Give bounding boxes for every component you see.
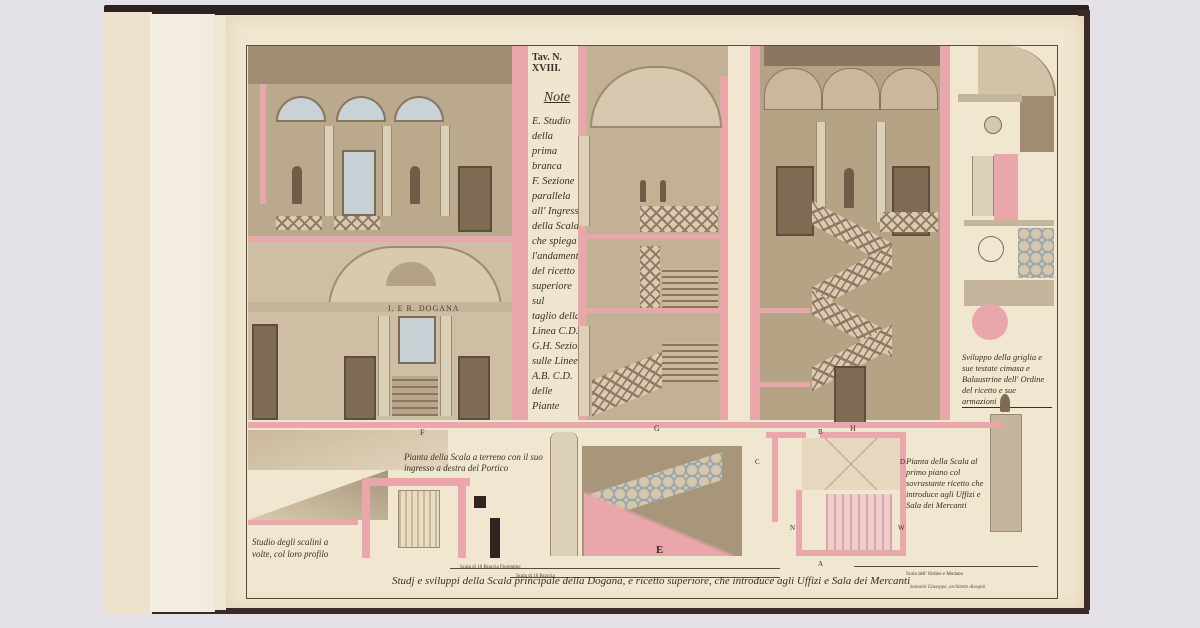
balustrade — [276, 216, 322, 230]
column — [578, 136, 590, 226]
label-n: N — [790, 524, 795, 532]
vault — [822, 68, 880, 110]
arched-window — [336, 96, 386, 122]
wall — [362, 478, 470, 486]
gutter — [214, 16, 226, 610]
stair-plan — [398, 490, 440, 548]
rosette — [984, 116, 1002, 134]
column — [440, 316, 452, 416]
step-cut — [248, 520, 358, 525]
pedestal — [990, 414, 1022, 532]
column — [550, 432, 578, 556]
wall — [772, 432, 778, 522]
staircase-steps — [392, 376, 438, 416]
wall-cut — [260, 84, 266, 204]
ground-line-cut — [248, 422, 1002, 428]
arched-window — [394, 96, 444, 122]
label-h: H — [850, 424, 856, 433]
plate-title: Studj e sviluppi della Scala principale … — [392, 575, 892, 587]
stair-study-e: E — [546, 432, 746, 560]
notes-panel: Tav. N. XVIII. Note E. Studio della prim… — [520, 46, 586, 420]
ceiling-band — [248, 46, 512, 84]
statue-niche — [844, 168, 854, 208]
label-a: A — [818, 560, 823, 568]
scale-bar-3 — [854, 566, 1038, 567]
cornice — [958, 94, 1022, 102]
ground-floor-plan — [362, 478, 502, 562]
balustrade — [880, 212, 938, 232]
lunette-fresco — [590, 66, 722, 128]
arch-detail — [978, 46, 1056, 96]
label-c: C — [755, 458, 760, 466]
book-binding-top — [104, 5, 1089, 15]
label-d: D — [900, 458, 905, 466]
door — [776, 166, 814, 236]
door — [344, 356, 376, 420]
wall-cut — [940, 46, 950, 420]
section-g — [578, 46, 728, 420]
pier-cut — [994, 154, 1018, 224]
staircase-steps — [662, 342, 718, 382]
statue — [640, 180, 646, 202]
detail-order — [958, 46, 1054, 346]
balustrade — [640, 246, 660, 308]
footnote: Somaini Giuseppe, architetto disegnò — [910, 582, 985, 594]
floor-cut — [586, 234, 720, 239]
statue — [660, 180, 666, 202]
folded-page-flap-2 — [200, 14, 215, 612]
balustrade — [640, 206, 718, 232]
caption-steps-study: Studio degli scalini a volte, col loro p… — [252, 536, 340, 560]
label-b: B — [818, 428, 823, 436]
section-h — [750, 46, 950, 420]
vault — [880, 68, 938, 110]
column — [578, 326, 590, 416]
scale-label-3: Scala dell' Ordine e Modano — [906, 569, 963, 581]
entablature — [1020, 96, 1054, 152]
arched-window — [276, 96, 326, 122]
wall-cut — [750, 46, 760, 420]
column-section — [972, 304, 1008, 340]
pier — [474, 496, 486, 508]
wall — [796, 490, 802, 556]
window — [342, 150, 376, 216]
inscription: I. E R. DOGANA — [388, 303, 460, 315]
plinth — [964, 280, 1054, 306]
statue-niche — [410, 166, 420, 204]
left-page-edge — [104, 12, 152, 614]
floor-cut — [760, 308, 810, 313]
balustrade — [334, 216, 380, 230]
wall — [458, 478, 466, 558]
window — [398, 316, 436, 364]
column — [324, 126, 334, 216]
label-g: G — [654, 424, 660, 433]
railing-grille — [1018, 228, 1054, 278]
balustrade-rail — [964, 220, 1054, 226]
column — [440, 126, 450, 216]
stair-railing — [592, 352, 662, 416]
cornice — [248, 302, 512, 312]
door — [834, 366, 866, 424]
floor-cut — [586, 308, 720, 313]
pier — [490, 518, 500, 558]
caption-first-floor-plan: Pianta della Scala al primo piano col so… — [906, 456, 986, 511]
column — [876, 122, 886, 222]
section-f-lower: I. E R. DOGANA — [248, 236, 512, 420]
floor-cut — [760, 382, 810, 387]
caption-ground-plan: Pianta della Scala a terreno con il suo … — [404, 452, 554, 474]
medallion — [978, 236, 1004, 262]
door — [458, 356, 490, 420]
column-capital — [972, 156, 994, 216]
section-f-upper — [248, 46, 512, 236]
label-w: W — [898, 524, 905, 532]
folded-page-flap — [150, 14, 201, 612]
label-e: E — [656, 544, 663, 556]
statue-niche — [292, 166, 302, 204]
floor-cut — [248, 236, 512, 242]
first-floor-plan — [766, 432, 906, 556]
wall-cut-vertical — [512, 46, 520, 420]
door — [252, 324, 278, 420]
vault-plan — [802, 438, 900, 490]
vault — [764, 68, 822, 110]
staircase-steps — [662, 268, 718, 308]
column — [382, 126, 392, 216]
stair-plan — [826, 494, 892, 550]
pedestal-finial — [1000, 394, 1010, 412]
scale-label-1: Scala di 10 Braccia Fiorentine — [460, 562, 521, 574]
column — [378, 316, 390, 416]
door — [458, 166, 492, 232]
ceiling-band — [764, 46, 940, 66]
wall — [362, 478, 370, 558]
label-f: F — [420, 428, 424, 437]
wall — [796, 550, 906, 556]
